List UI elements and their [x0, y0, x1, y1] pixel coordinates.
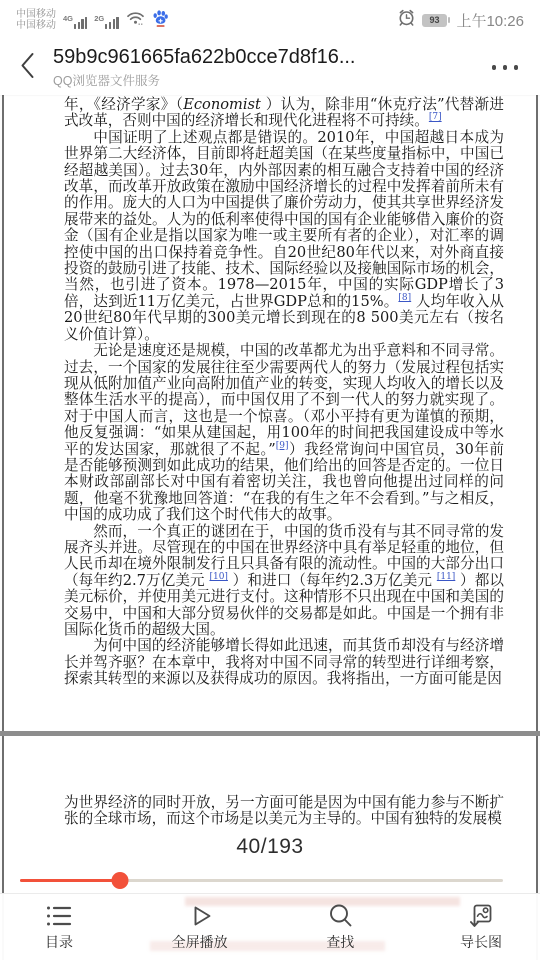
play-icon — [185, 902, 215, 930]
page-40-text: 年，《经济学家》（Economist ）认为，除非用“休克疗法”代替渐进式改革，… — [64, 97, 504, 688]
reference-link[interactable]: [8] — [398, 293, 411, 303]
export-long-image-icon — [466, 902, 496, 930]
status-time: 上午10:26 — [456, 10, 524, 31]
slider-thumb[interactable] — [111, 872, 128, 889]
status-bar: 中国移动 中国移动 4G 2G — [0, 0, 540, 40]
paragraph: 为世界经济的同时开放，另一方面可能是因为中国有能力参与不断扩张的全球市场，而这个… — [64, 795, 504, 828]
alarm-clock-icon — [397, 8, 416, 32]
paragraph: 年，《经济学家》（Economist ）认为，除非用“休克疗法”代替渐进式改革，… — [64, 97, 504, 130]
reference-link[interactable]: [10] — [209, 572, 227, 582]
export-long-image-button[interactable]: 导长图 — [452, 902, 510, 952]
search-icon — [325, 902, 355, 930]
document-titles: 59b9c961665fa622b0cce7d8f16... QQ浏览器文件服务 — [53, 46, 490, 89]
document-viewer[interactable]: 年，《经济学家》（Economist ）认为，除非用“休克疗法”代替渐进式改革，… — [0, 95, 540, 960]
battery-icon: 93 — [422, 14, 451, 27]
baidu-app-icon — [152, 9, 169, 32]
toc-label: 目录 — [45, 932, 73, 952]
export-long-image-label: 导长图 — [460, 932, 502, 952]
network-type-label: 4G — [63, 14, 73, 23]
reference-link[interactable]: [9] — [276, 441, 289, 451]
search-button[interactable]: 查找 — [311, 902, 369, 952]
page-indicator: 40/193 — [0, 835, 540, 859]
search-label: 查找 — [326, 932, 354, 952]
document-title: 59b9c961665fa622b0cce7d8f16... — [53, 46, 490, 69]
list-icon — [44, 902, 74, 930]
signal-bars-icon: 4G — [63, 11, 87, 29]
reading-progress-slider[interactable] — [20, 871, 503, 889]
paragraph: 中国证明了上述观点都是错误的。2010年，中国超越日本成为世界第二大经济体，目前… — [64, 130, 504, 343]
fullscreen-play-label: 全屏播放 — [172, 932, 228, 952]
page-41-text: 为世界经济的同时开放，另一方面可能是因为中国有能力参与不断扩张的全球市场，而这个… — [64, 795, 504, 828]
pdf-page-40: 年，《经济学家》（Economist ）认为，除非用“休克疗法”代替渐进式改革，… — [2, 95, 538, 731]
toc-button[interactable]: 目录 — [30, 902, 88, 952]
network-type-label: 2G — [94, 14, 104, 23]
title-bar: 59b9c961665fa622b0cce7d8f16... QQ浏览器文件服务 — [0, 40, 540, 95]
paragraph: 无论是速度还是规模，中国的改革都尤为出乎意料和不同寻常。过去，一个国家的发展往往… — [64, 343, 504, 523]
signal-bars-icon: 2G — [94, 11, 118, 29]
document-subtitle: QQ浏览器文件服务 — [53, 71, 490, 89]
back-button[interactable] — [16, 46, 39, 90]
carrier-name: 中国移动 中国移动 — [16, 9, 56, 32]
slider-fill — [20, 879, 120, 882]
more-menu-button[interactable] — [490, 55, 521, 80]
reference-link[interactable]: [7] — [429, 113, 442, 123]
fullscreen-play-button[interactable]: 全屏播放 — [171, 902, 229, 952]
paragraph: 为何中国的经济能够增长得如此迅速，而其货币却没有与经济增长并驾齐驱？在本章中，我… — [64, 638, 504, 687]
reference-link[interactable]: [11] — [437, 572, 455, 582]
paragraph: 然而，一个真正的谜团在于，中国的货币没有与其不同寻常的发展齐头并进。尽管现在的中… — [64, 524, 504, 639]
wifi-icon — [126, 10, 145, 31]
battery-percent: 93 — [422, 14, 447, 27]
screen: 中国移动 中国移动 4G 2G — [0, 0, 540, 960]
bottom-toolbar: 目录 全屏播放 查找 — [0, 893, 540, 960]
